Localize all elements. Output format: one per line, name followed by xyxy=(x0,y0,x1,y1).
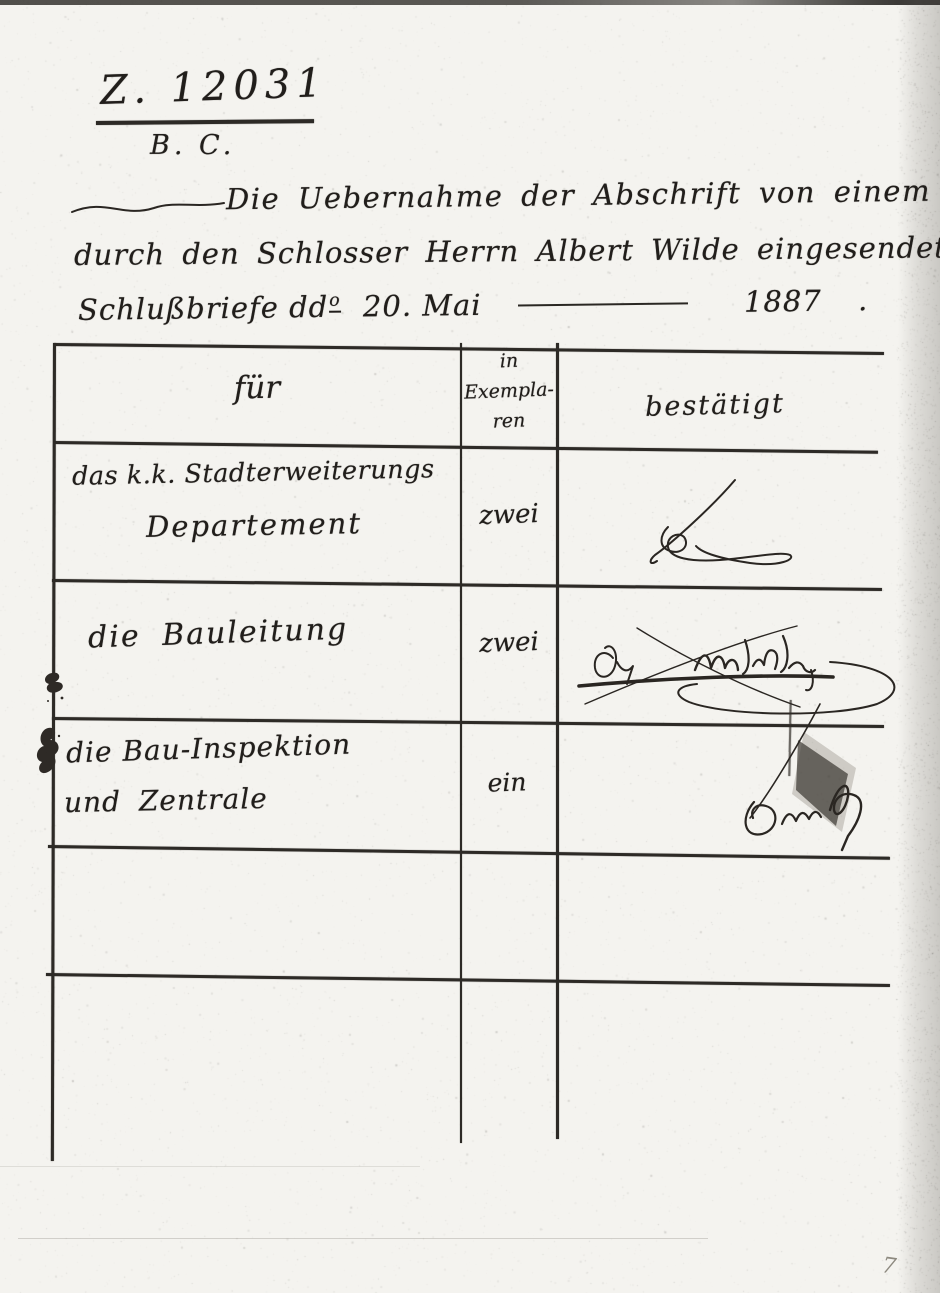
ink-blot xyxy=(32,724,64,780)
body-text-line3: Schlußbriefe ddo 20. Mai 1887 . xyxy=(78,283,869,327)
header-copies-line1: in xyxy=(462,348,557,373)
header-copies-line3: ren xyxy=(462,408,557,433)
table-column-divider-1 xyxy=(460,343,462,1143)
docket-section: B. C. xyxy=(150,130,235,161)
row3-signature xyxy=(738,698,883,863)
body-line3-period: . xyxy=(858,283,869,317)
row2-recipient-line1: die Bauleitung xyxy=(87,611,348,655)
table-header-divider xyxy=(54,441,878,453)
scanner-edge-strip xyxy=(0,0,940,5)
body-text-line2: durch den Schlosser Herrn Albert Wilde e… xyxy=(74,230,940,272)
pen-flourish xyxy=(70,196,228,220)
body-text-line1: Die Uebernahme der Abschrift von einem xyxy=(226,174,931,217)
row1-recipient-line1: das k.k. Stadterweiterungs xyxy=(72,454,435,492)
scan-artifact-line xyxy=(18,1238,708,1239)
body-line3-year: 1887 xyxy=(744,284,822,319)
table-row-divider-4 xyxy=(46,973,890,987)
scan-artifact-line xyxy=(0,1166,420,1167)
table-column-divider-2 xyxy=(556,343,559,1139)
dd-superscript: o xyxy=(329,291,341,313)
body-line3-text: Schlußbriefe dd xyxy=(78,290,329,327)
body-line3-date: 20. Mai xyxy=(363,288,482,323)
header-confirmed-label: bestätigt xyxy=(570,386,861,425)
docket-underline xyxy=(96,119,314,124)
row3-recipient-line1: die Bau-Inspektion xyxy=(66,728,352,770)
docket-number: Z. 12031 xyxy=(99,60,328,114)
header-copies-line2: Exempla- xyxy=(462,378,557,403)
header-recipient-label: für xyxy=(54,366,461,409)
scanned-document-page: Z. 12031 B. C. Die Uebernahme der Abschr… xyxy=(0,0,940,1293)
row1-copies: zwei xyxy=(462,498,557,531)
row3-recipient-line2: und Zentrale xyxy=(64,782,268,819)
row1-signature xyxy=(600,455,820,585)
row1-recipient-line2: Departement xyxy=(146,506,362,544)
page-number-mark: 7 xyxy=(880,1253,897,1280)
row2-copies: zwei xyxy=(462,626,557,659)
ink-blot xyxy=(40,670,66,704)
pen-dash xyxy=(518,302,688,306)
row3-copies: ein xyxy=(460,766,555,798)
